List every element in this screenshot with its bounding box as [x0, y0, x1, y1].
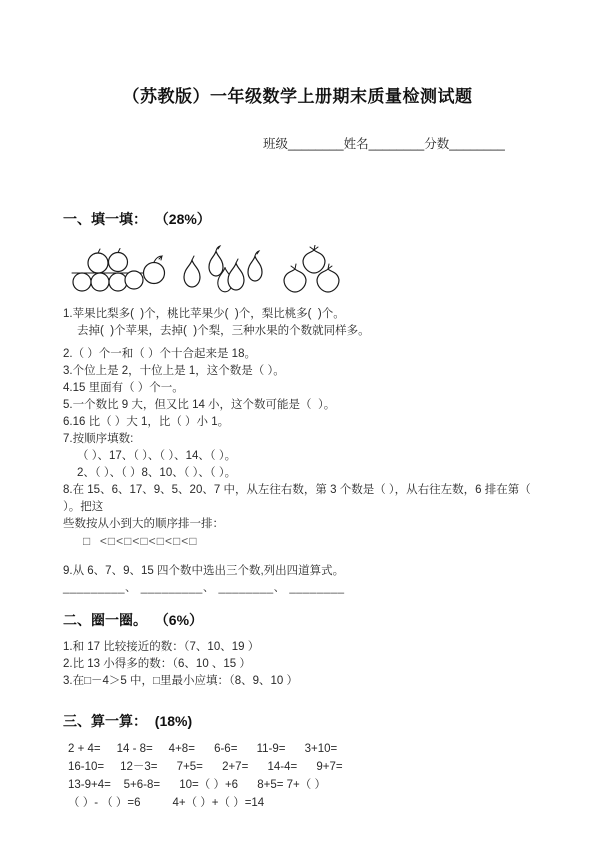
pears-illustration — [178, 245, 268, 295]
paper-title: （苏教版）一年级数学上册期末质量检测试题 — [0, 0, 595, 107]
circle-q1: 1.和 17 比较接近的数：（7、10、19 ） — [63, 639, 540, 656]
fill-q3: 3.个位上是 2，十位上是 1，这个数是（ ）。 — [63, 363, 540, 380]
section1-questions: 1.苹果比梨多( )个，桃比苹果少( )个，梨比桃多( )个。 去掉( )个苹果… — [63, 306, 540, 597]
fruit-illustrations — [68, 243, 595, 295]
fill-q7-sequence2: 2、（ ）、（ ）8、10、（ ）、（ ）。 — [63, 465, 540, 482]
fill-q8-line1: 8.在 15、6、17、9、5、20、7 中，从左往右数，第 3 个数是（ ），… — [63, 482, 540, 516]
fill-q7-sequence1: （ ）、17、（ ）、（ ）、14、（ ）。 — [63, 448, 540, 465]
circle-q2: 2.比 13 小得多的数：（6、10 、15 ） — [63, 656, 540, 673]
fill-q1-line1: 1.苹果比梨多( )个，桃比苹果少( )个，梨比桃多( )个。 — [63, 306, 540, 323]
fill-q7: 7.按顺序填数: — [63, 431, 540, 448]
section1-heading: 一、填一填： （28%） — [63, 209, 595, 229]
fill-q9-answer-blanks: _________、 _________、 ________、 ________ — [63, 580, 540, 597]
test-paper-page: （苏教版）一年级数学上册期末质量检测试题 班级________姓名_______… — [0, 0, 595, 842]
peaches-illustration — [278, 245, 350, 295]
section3-heading: 三、算一算： (18%) — [63, 711, 595, 731]
circle-q3: 3.在□－4＞5 中，□里最小应填：（8、9、10 ） — [63, 673, 540, 690]
fill-q8-line2: 些数按从小到大的顺序排一排： — [63, 516, 540, 533]
apples-illustration — [68, 245, 168, 295]
calc-row2: 16-10= 12－3= 7+5= 2+7= 14-4= 9+7= — [68, 758, 595, 776]
section2-heading: 二、圈一圈。 （6%） — [63, 610, 595, 630]
fill-q1-line2: 去掉( )个苹果，去掉( )个梨，三种水果的个数就同样多。 — [63, 323, 540, 340]
student-info-line: 班级________姓名________分数________ — [0, 134, 595, 152]
fill-q4: 4.15 里面有（ ）个一。 — [63, 380, 540, 397]
calc-row1: 2 + 4= 14 - 8= 4+8= 6-6= 11-9= 3+10= — [68, 740, 595, 758]
section3-calculations: 2 + 4= 14 - 8= 4+8= 6-6= 11-9= 3+10= 16-… — [68, 740, 595, 812]
section2-questions: 1.和 17 比较接近的数：（7、10、19 ） 2.比 13 小得多的数：（6… — [63, 639, 540, 690]
fill-q8-order-boxes: □ <□<□<□<□<□<□ — [63, 533, 540, 550]
fill-q2: 2.（ ）个一和（ ）个十合起来是 18。 — [63, 346, 540, 363]
fill-q5: 5.一个数比 9 大，但又比 14 小，这个数可能是（ ）。 — [63, 397, 540, 414]
calc-row4: （ ）- （ ）=6 4+（ ）+（ ）=14 — [68, 794, 595, 812]
fill-q9: 9.从 6、7、9、15 四个数中选出三个数,列出四道算式。 — [63, 563, 540, 580]
fill-q6: 6.16 比（ ）大 1，比（ ）小 1。 — [63, 414, 540, 431]
calc-row3: 13-9+4= 5+6-8= 10=（ ）+6 8+5= 7+（ ） — [68, 776, 595, 794]
